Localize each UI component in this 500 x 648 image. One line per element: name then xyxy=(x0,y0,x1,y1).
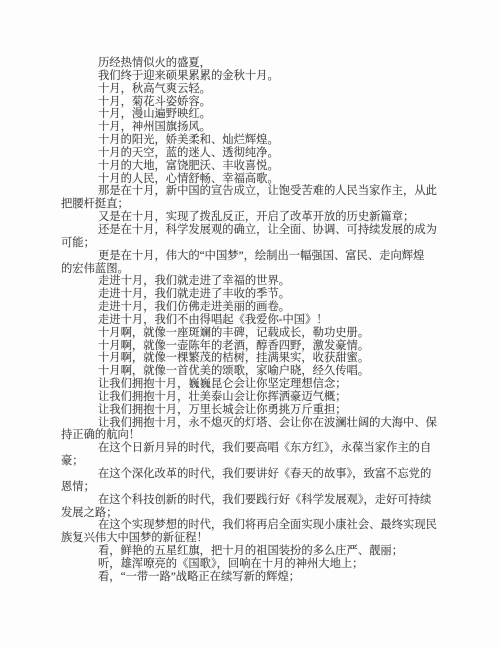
poem-line: 走进十月，我们就走进了幸福的世界。 xyxy=(61,275,443,288)
poem-line: 的宏伟蓝图。 xyxy=(61,263,443,276)
poem-line: 更是在十月，伟大的“中国梦”，绘制出一幅强国、富民、走向辉煌 xyxy=(61,250,443,263)
poem-line: 十月，漫山遍野映红。 xyxy=(61,108,443,121)
poem-text-block: 历经热情似火的盛夏， 我们终于迎来硕果累累的金秋十月。 十月，秋高气爽云轻。 十… xyxy=(61,57,443,584)
poem-line: 看，“一带一路”战略正在续写新的辉煌； xyxy=(61,571,443,584)
poem-line: 发展之路； xyxy=(61,507,443,520)
poem-line: 可能； xyxy=(61,237,443,250)
poem-line: 走进十月，我们就走进了丰收的季节。 xyxy=(61,288,443,301)
poem-line: 十月啊，就像一座斑斓的丰碑，记载成长，勒功史册。 xyxy=(61,327,443,340)
poem-line: 把腰杆挺直； xyxy=(61,198,443,211)
poem-line: 十月，菊花斗姿娇容。 xyxy=(61,96,443,109)
poem-line: 十月的天空，蓝的迷人、透彻纯净。 xyxy=(61,147,443,160)
poem-line: 豪； xyxy=(61,455,443,468)
poem-line: 还是在十月，科学发展观的确立，让全面、协调、可持续发展的成为 xyxy=(61,224,443,237)
poem-line: 十月的人民，心情舒畅、幸福高歌。 xyxy=(61,173,443,186)
poem-line: 十月啊，就像一首优美的颂歌，家喻户晓，经久传唱。 xyxy=(61,365,443,378)
poem-line: 十月，神州国旗扬风。 xyxy=(61,121,443,134)
document-page: 历经热情似火的盛夏， 我们终于迎来硕果累累的金秋十月。 十月，秋高气爽云轻。 十… xyxy=(0,0,500,648)
poem-line: 看，鲜艳的五星红旗，把十月的祖国装扮的多么庄严、靓丽； xyxy=(61,545,443,558)
poem-line: 十月，秋高气爽云轻。 xyxy=(61,83,443,96)
poem-line: 十月的阳光，娇美柔和、灿烂辉煌。 xyxy=(61,134,443,147)
poem-line: 让我们拥抱十月，巍巍昆仑会让你坚定理想信念； xyxy=(61,378,443,391)
poem-line: 历经热情似火的盛夏， xyxy=(61,57,443,70)
poem-line: 让我们拥抱十月，永不熄灭的灯塔、会让你在波澜壮阔的大海中、保 xyxy=(61,417,443,430)
poem-line: 又是在十月，实现了拨乱反正，开启了改革开放的历史新篇章； xyxy=(61,211,443,224)
poem-line: 在这个实现梦想的时代，我们将再启全面实现小康社会、最终实现民 xyxy=(61,519,443,532)
poem-line: 让我们拥抱十月，万里长城会让你勇挑万斤重担； xyxy=(61,404,443,417)
poem-line: 在这个深化改革的时代，我们要讲好《春天的故事》，致富不忘党的 xyxy=(61,468,443,481)
poem-line: 走进十月，我们仿佛走进美丽的画卷。 xyxy=(61,301,443,314)
poem-line: 十月啊，就像一壶陈年的老酒，醇香四野，激发豪情。 xyxy=(61,340,443,353)
poem-line: 在这个科技创新的时代，我们要践行好《科学发展观》，走好可持续 xyxy=(61,494,443,507)
poem-line: 走进十月，我们不由得唱起《我爱你-中国》！ xyxy=(61,314,443,327)
poem-line: 族复兴伟大中国梦的新征程！ xyxy=(61,532,443,545)
poem-line: 十月啊，就像一棵繁茂的桔树，挂满果实，收获甜蜜。 xyxy=(61,352,443,365)
poem-line: 恩情； xyxy=(61,481,443,494)
poem-line: 让我们拥抱十月，壮美泰山会让你挥洒豪迈气概； xyxy=(61,391,443,404)
poem-line: 听，雄浑嘹亮的《国歌》，回响在十月的神州大地上； xyxy=(61,558,443,571)
poem-line: 十月的大地，富饶肥沃、丰收喜悦。 xyxy=(61,160,443,173)
poem-line: 那是在十月，新中国的宣告成立，让饱受苦难的人民当家作主，从此 xyxy=(61,185,443,198)
poem-line: 持正确的航向！ xyxy=(61,429,443,442)
poem-line: 我们终于迎来硕果累累的金秋十月。 xyxy=(61,70,443,83)
poem-line: 在这个日新月异的时代，我们要高唱《东方红》，永葆当家作主的自 xyxy=(61,442,443,455)
